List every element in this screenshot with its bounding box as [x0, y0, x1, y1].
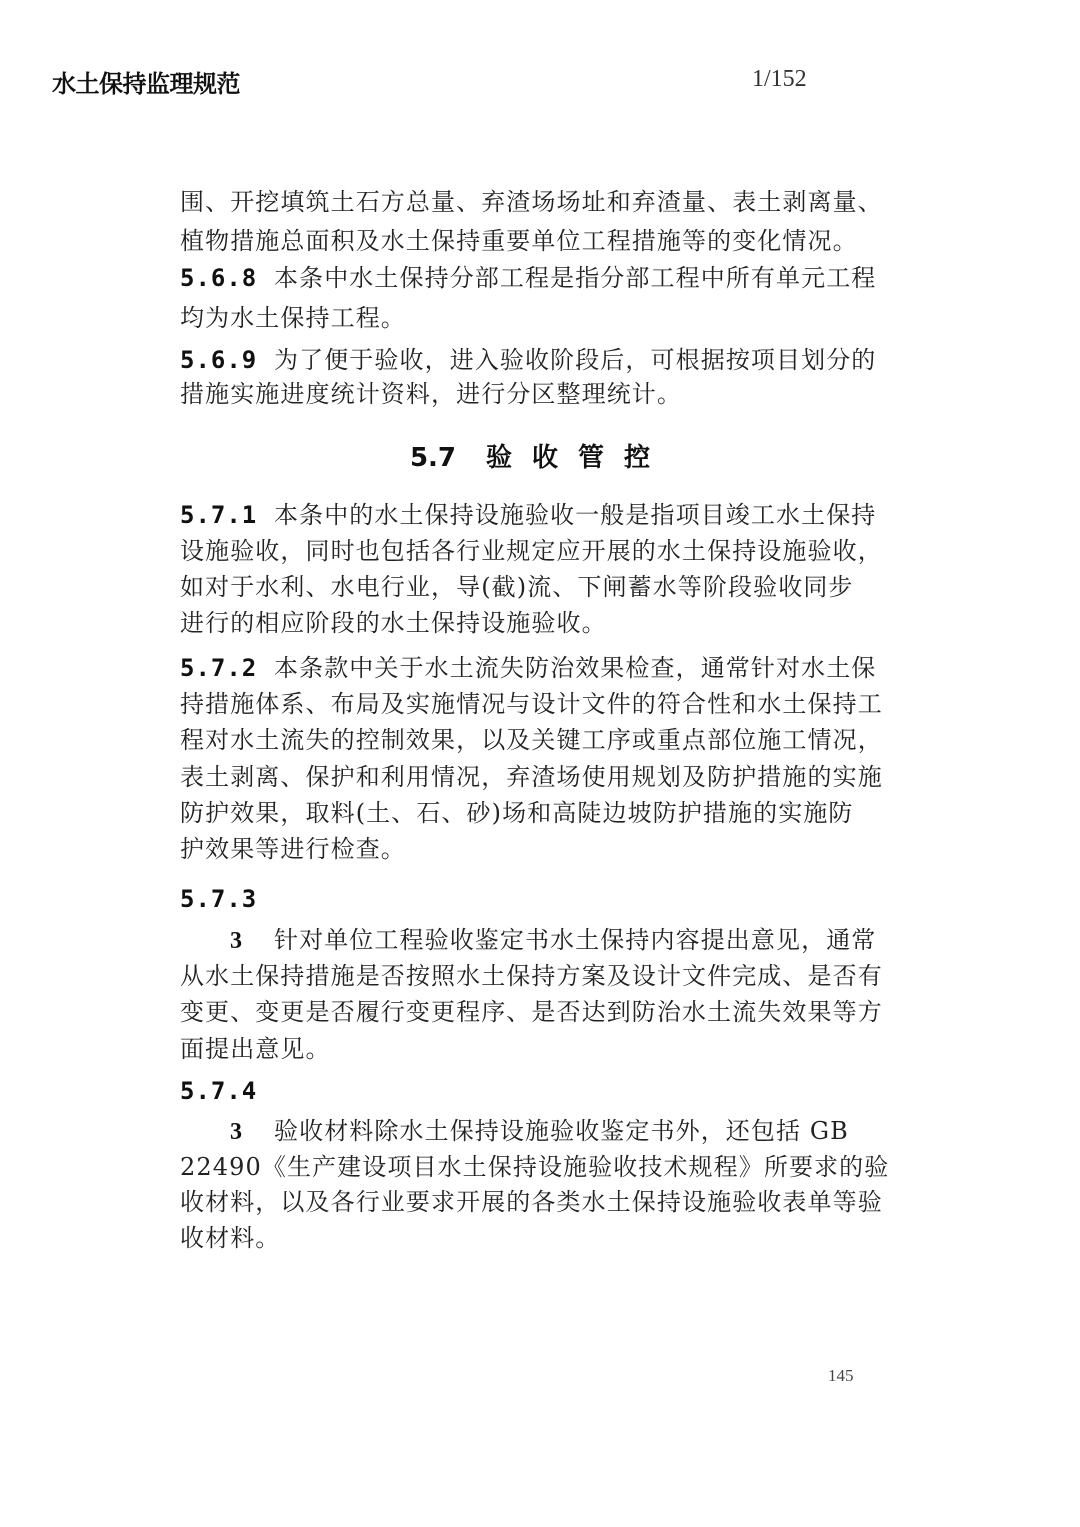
- clause-5-7-4: 5.7.4: [180, 1076, 900, 1106]
- paragraph-line: 程对水土流失的控制效果，以及关键工序或重点部位施工情况，: [180, 725, 900, 755]
- page-header-title: 水土保持监理规范: [52, 64, 240, 99]
- clause-5-7-1: 5.7.1本条中的水土保持设施验收一般是指项目竣工水土保持: [180, 500, 900, 530]
- clause-text: 本条中的水土保持设施验收一般是指项目竣工水土保持: [274, 501, 876, 529]
- paragraph-line: 围、开挖填筑土石方总量、弃渣场场址和弃渣量、表土剥离量、: [180, 187, 900, 217]
- clause-number: 5.7.1: [180, 500, 274, 530]
- clause-number: 5.7.4: [180, 1076, 257, 1106]
- paragraph-line: 表土剥离、保护和利用情况，弃渣场使用规划及防护措施的实施: [180, 762, 900, 792]
- clause-text: 验收材料除水土保持设施验收鉴定书外，还包括 GB: [274, 1117, 849, 1145]
- paragraph-line: 进行的相应阶段的水土保持设施验收。: [180, 608, 900, 638]
- clause-text: 本条中水土保持分部工程是指分部工程中所有单元工程: [274, 264, 876, 292]
- paragraph-line: 设施验收，同时也包括各行业规定应开展的水土保持设施验收，: [180, 536, 900, 566]
- paragraph-line: 变更、变更是否履行变更程序、是否达到防治水土流失效果等方: [180, 997, 900, 1027]
- section-title: 验收管控: [486, 443, 670, 473]
- clause-number: 5.6.8: [180, 263, 274, 293]
- paragraph-line: 面提出意见。: [180, 1034, 900, 1064]
- paragraph-line: 收材料，以及各行业要求开展的各类水土保持设施验收表单等验: [180, 1187, 900, 1217]
- paragraph-line: 植物措施总面积及水土保持重要单位工程措施等的变化情况。: [180, 226, 900, 256]
- clause-5-7-2: 5.7.2本条款中关于水土流失防治效果检查，通常针对水土保: [180, 653, 900, 683]
- page-indicator: 1/152: [752, 66, 807, 93]
- clause-number: 5.6.9: [180, 345, 274, 375]
- paragraph-line: 均为水土保持工程。: [180, 303, 900, 333]
- paragraph-line: 收材料。: [180, 1223, 900, 1253]
- section-heading: 5.7验收管控: [0, 437, 1080, 474]
- clause-5-7-3: 5.7.3: [180, 884, 900, 914]
- paragraph-line: 措施实施进度统计资料，进行分区整理统计。: [180, 379, 900, 409]
- clause-5-6-8: 5.6.8本条中水土保持分部工程是指分部工程中所有单元工程: [180, 263, 900, 293]
- section-number: 5.7: [410, 443, 456, 473]
- clause-5-7-4-item-3: 3验收材料除水土保持设施验收鉴定书外，还包括 GB: [180, 1116, 900, 1147]
- clause-text: 本条款中关于水土流失防治效果检查，通常针对水土保: [274, 654, 876, 682]
- paragraph-line: 从水土保持措施是否按照水土保持方案及设计文件完成、是否有: [180, 961, 900, 991]
- paragraph-line: 防护效果，取料(土、石、砂)场和高陡边坡防护措施的实施防: [180, 798, 900, 828]
- paragraph-line: 持措施体系、布局及实施情况与设计文件的符合性和水土保持工: [180, 689, 900, 719]
- item-number: 3: [230, 1117, 274, 1147]
- footer-page-number: 145: [828, 1366, 854, 1386]
- clause-number: 5.7.2: [180, 653, 274, 683]
- item-number: 3: [230, 926, 274, 956]
- paragraph-line: 如对于水利、水电行业，导(截)流、下闸蓄水等阶段验收同步: [180, 572, 900, 602]
- clause-5-7-3-item-3: 3针对单位工程验收鉴定书水土保持内容提出意见，通常: [180, 925, 900, 956]
- clause-text: 针对单位工程验收鉴定书水土保持内容提出意见，通常: [274, 926, 876, 954]
- clause-5-6-9: 5.6.9为了便于验收，进入验收阶段后，可根据按项目划分的: [180, 345, 900, 375]
- clause-text: 为了便于验收，进入验收阶段后，可根据按项目划分的: [274, 346, 876, 374]
- paragraph-line: 护效果等进行检查。: [180, 834, 900, 864]
- paragraph-line: 22490《生产建设项目水土保持设施验收技术规程》所要求的验: [180, 1152, 900, 1182]
- clause-number: 5.7.3: [180, 884, 257, 914]
